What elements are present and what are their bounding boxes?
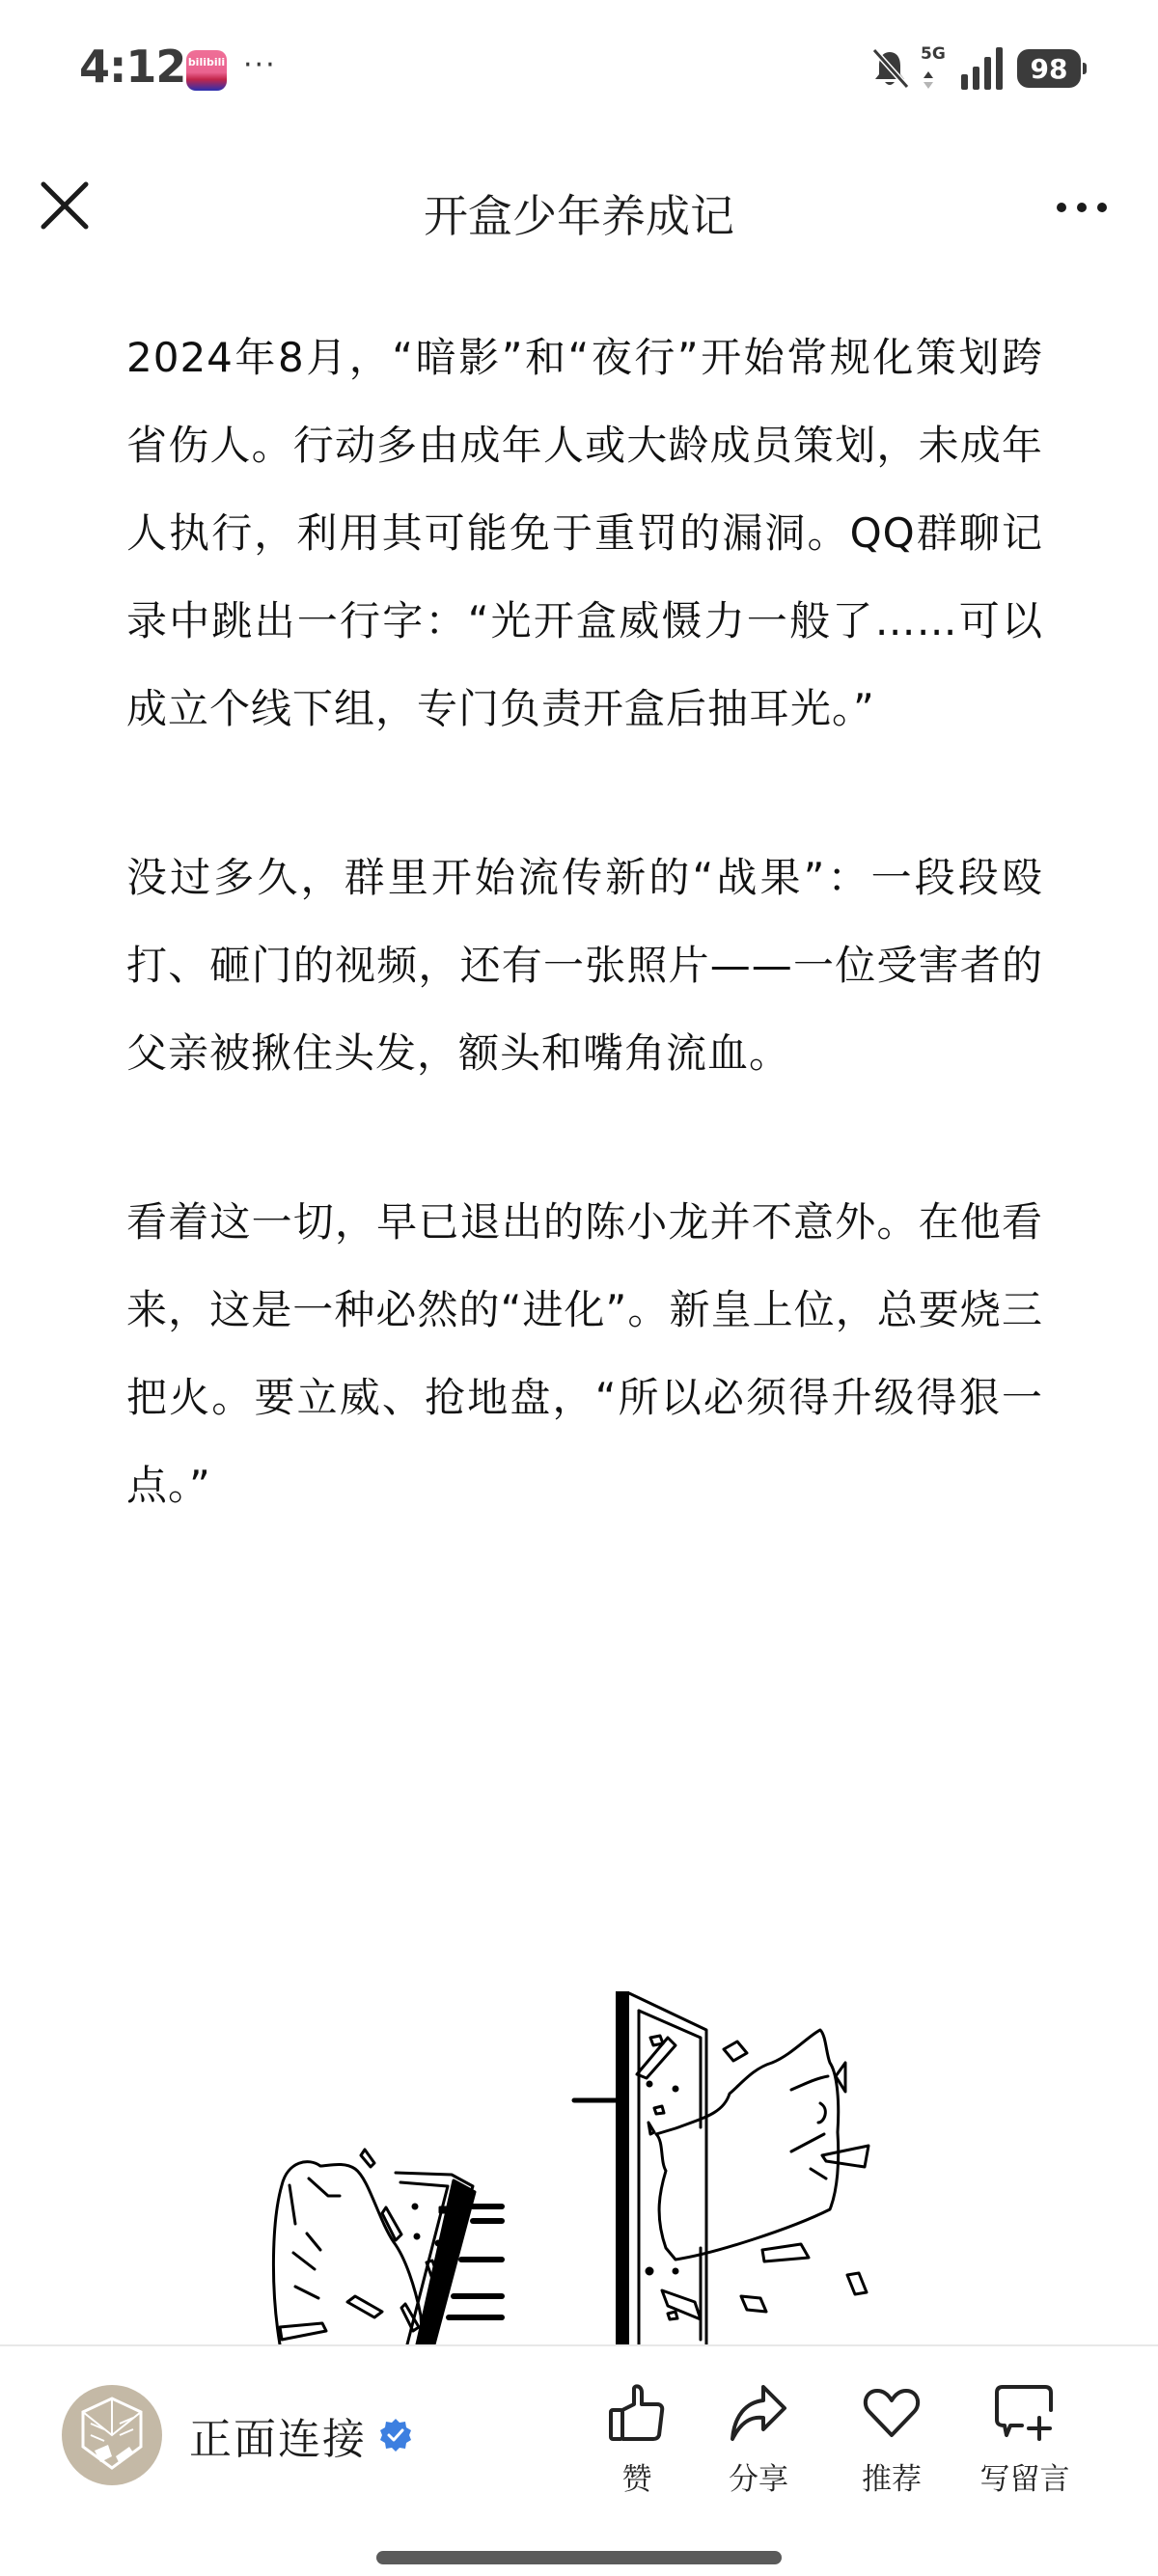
author-name[interactable]: 正面连接 <box>189 2404 367 2466</box>
more-options-button[interactable] <box>1050 183 1117 232</box>
thumbs-up-icon <box>607 2383 667 2443</box>
verified-badge-icon <box>378 2418 413 2453</box>
bell-muted-icon <box>870 46 909 91</box>
article-illustration <box>251 1968 965 2344</box>
avatar-logo-icon <box>62 2385 162 2485</box>
data-arrows-icon <box>923 69 934 91</box>
article-actions: 赞 分享 推荐 写留言 <box>579 2383 1100 2508</box>
notification-overflow-icon: ··· <box>243 48 277 82</box>
status-time: 4:12 <box>79 41 185 93</box>
write-comment-button[interactable]: 写留言 <box>967 2383 1083 2498</box>
comment-add-icon <box>993 2383 1057 2443</box>
article-paragraph: 没过多久，群里开始流传新的“战果”：一段段殴打、砸门的视频，还有一张照片——一位… <box>126 834 1043 1097</box>
home-indicator[interactable] <box>376 2551 782 2564</box>
like-button[interactable]: 赞 <box>579 2383 695 2498</box>
status-indicators: 5G 98 <box>870 44 1081 93</box>
share-arrow-icon <box>729 2383 788 2443</box>
article-header: 开盒少年养成记 <box>0 154 1158 260</box>
fist-breaking-door-illustration <box>251 1968 965 2344</box>
status-bar: 4:12 bilibili ··· 5G 98 <box>0 0 1158 140</box>
bottom-action-bar: 正面连接 赞 分享 推荐 <box>0 2344 1158 2576</box>
battery-indicator: 98 <box>1017 49 1081 88</box>
author-avatar[interactable] <box>62 2385 162 2485</box>
article-paragraph: 看着这一切，早已退出的陈小龙并不意外。在他看来，这是一种必然的“进化”。新皇上位… <box>126 1178 1043 1529</box>
recommend-button[interactable]: 推荐 <box>834 2383 950 2498</box>
signal-strength-icon <box>961 47 1006 90</box>
more-icon <box>1050 183 1117 232</box>
author-profile[interactable]: 正面连接 <box>62 2385 413 2485</box>
page-title: 开盒少年养成记 <box>0 181 1158 245</box>
network-indicator: 5G <box>921 46 950 91</box>
bilibili-app-icon: bilibili <box>186 50 227 91</box>
heart-icon <box>862 2383 922 2443</box>
article-body: 2024年8月，“暗影”和“夜行”开始常规化策划跨省伤人。行动多由成年人或大龄成… <box>126 314 1043 1610</box>
share-button[interactable]: 分享 <box>701 2383 816 2498</box>
article-paragraph: 2024年8月，“暗影”和“夜行”开始常规化策划跨省伤人。行动多由成年人或大龄成… <box>126 314 1043 753</box>
